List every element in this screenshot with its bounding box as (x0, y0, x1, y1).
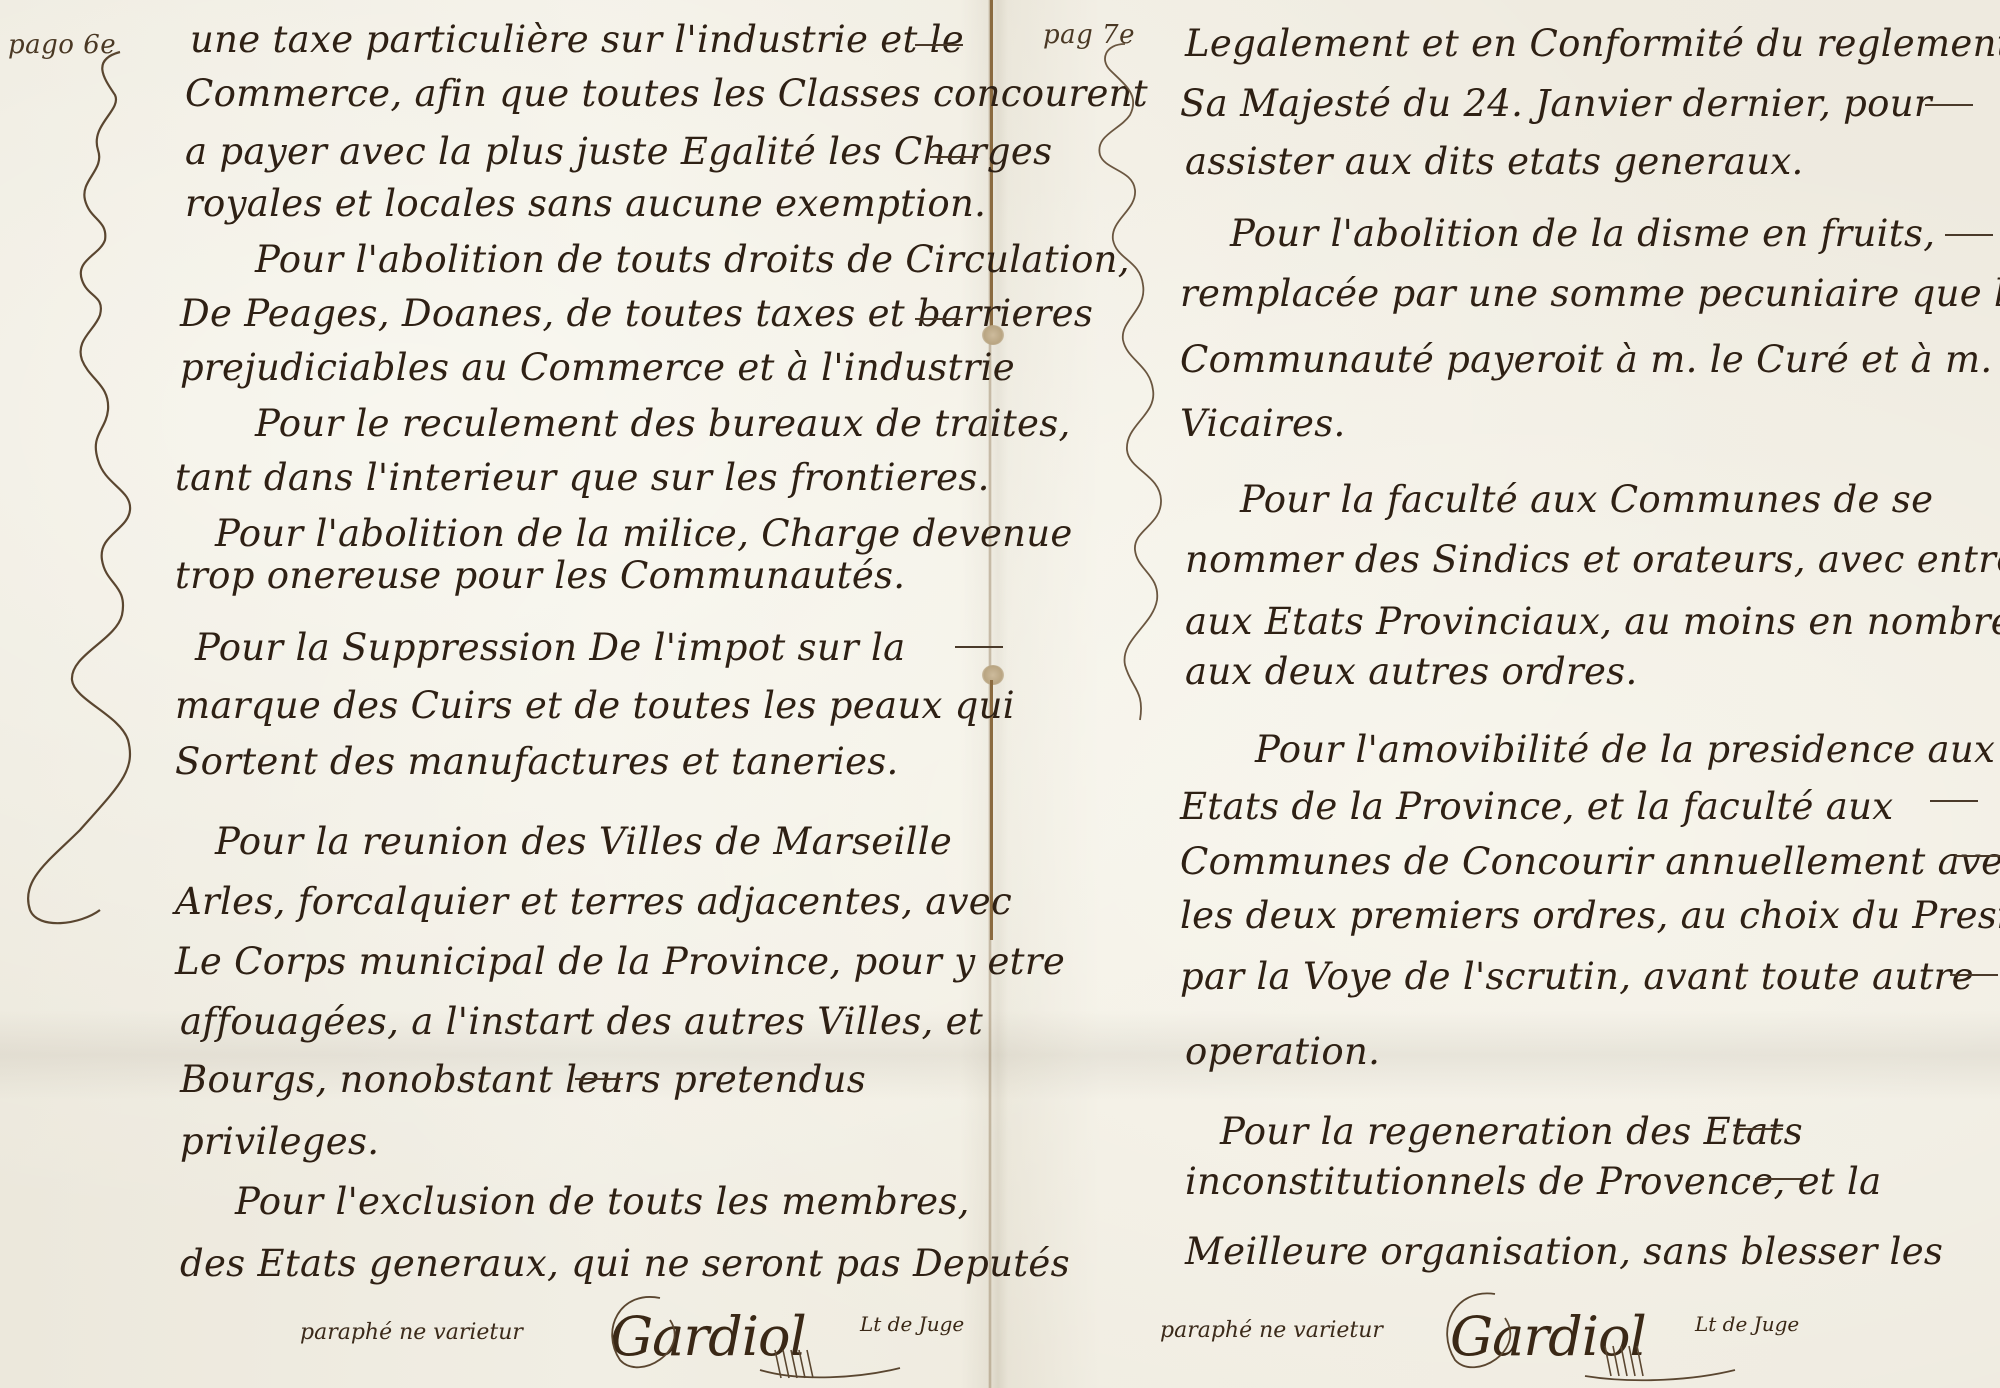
line-filler-dash (915, 44, 963, 46)
text-line: nommer des Sindics et orateurs, avec ent… (1185, 538, 2000, 581)
text-line: Pour la reunion des Villes de Marseille (215, 820, 952, 863)
margin-brace-wavy-icon (10, 40, 150, 1340)
line-filler-dash (1945, 234, 1993, 236)
text-line: les deux premiers ordres, au choix du Pr… (1180, 894, 2000, 937)
text-line: Sa Majesté du 24. Janvier dernier, pour (1180, 82, 1932, 125)
text-line: Pour la regeneration des Etats (1220, 1110, 1803, 1153)
text-line: Sortent des manufactures et taneries. (175, 740, 899, 783)
text-line: Bourgs, nonobstant leurs pretendus (180, 1058, 866, 1101)
line-filler-dash (1925, 104, 1973, 106)
text-line: aux deux autres ordres. (1185, 650, 1638, 693)
text-line: une taxe particulière sur l'industrie et… (190, 18, 964, 61)
text-line: des Etats generaux, qui ne seront pas De… (180, 1242, 1070, 1285)
line-filler-dash (1950, 974, 1998, 976)
text-line: a payer avec la plus juste Egalité les C… (185, 130, 1052, 173)
text-line: Pour l'abolition de la disme en fruits, (1230, 212, 1935, 255)
right-page: pag 7e Legalement et en Conformité du re… (1005, 0, 2000, 1388)
text-line: tant dans l'interieur que sur les fronti… (175, 456, 990, 499)
text-line: Vicaires. (1180, 402, 1346, 445)
paraph-note: paraphé ne varietur (300, 1320, 523, 1345)
text-line: marque des Cuirs et de toutes les peaux … (175, 684, 1015, 727)
signature-flourish-icon (1435, 1288, 1755, 1388)
text-line: prejudiciables au Commerce et à l'indust… (180, 346, 1015, 389)
text-line: Pour l'abolition de touts droits de Circ… (255, 238, 1130, 281)
line-filler-dash (575, 1078, 623, 1080)
text-line: aux Etats Provinciaux, au moins en nombr… (1185, 600, 2000, 643)
line-filler-dash (1735, 1128, 1783, 1130)
text-line: inconstitutionnels de Provence, et la (1185, 1160, 1882, 1203)
text-line: Etats de la Province, et la faculté aux (1180, 785, 1893, 828)
line-filler-dash (915, 318, 963, 320)
text-line: De Peages, Doanes, de toutes taxes et ba… (180, 292, 1093, 335)
line-filler-dash (1930, 800, 1978, 802)
text-line: assister aux dits etats generaux. (1185, 140, 1804, 183)
paraph-note: paraphé ne varietur (1160, 1318, 1383, 1343)
signature-flourish-icon (600, 1290, 920, 1388)
manuscript-spread: pago 6e une taxe particulière sur l'indu… (0, 0, 2000, 1388)
text-line: remplacée par une somme pecuniaire que l… (1180, 272, 2000, 315)
text-line: Pour la faculté aux Communes de se (1240, 478, 1933, 521)
text-line: Pour l'abolition de la milice, Charge de… (215, 512, 1073, 555)
line-filler-dash (955, 646, 1003, 648)
text-line: privileges. (180, 1120, 379, 1163)
text-line: royales et locales sans aucune exemption… (185, 182, 986, 225)
text-line: operation. (1185, 1030, 1380, 1073)
text-line: Pour le reculement des bureaux de traite… (255, 402, 1071, 445)
text-line: Le Corps municipal de la Province, pour … (175, 940, 1065, 983)
text-line: Pour l'amovibilité de la presidence aux (1255, 728, 1995, 771)
text-line: par la Voye de l'scrutin, avant toute au… (1180, 955, 1974, 998)
line-filler-dash (1755, 1178, 1803, 1180)
line-filler-dash (930, 156, 978, 158)
text-line: Commerce, afin que toutes les Classes co… (185, 72, 1148, 115)
text-line: Pour la Suppression De l'impot sur la (195, 626, 906, 669)
text-line: trop onereuse pour les Communautés. (175, 554, 905, 597)
text-line: Meilleure organisation, sans blesser les (1185, 1230, 1943, 1273)
text-line: Arles, forcalquier et terres adjacentes,… (175, 880, 1012, 923)
line-filler-dash (1955, 855, 2000, 857)
margin-brace-wavy-icon (1065, 40, 1205, 1340)
text-line: Communauté payeroit à m. le Curé et à m.… (1180, 338, 2000, 381)
text-line: affouagées, a l'instart des autres Ville… (180, 1000, 983, 1043)
text-line: Pour l'exclusion de touts les membres, (235, 1180, 970, 1223)
text-line: Legalement et en Conformité du reglement… (1185, 22, 2000, 65)
left-page: pago 6e une taxe particulière sur l'indu… (0, 0, 990, 1388)
text-line: Communes de Concourir annuellement avec (1180, 840, 2000, 883)
